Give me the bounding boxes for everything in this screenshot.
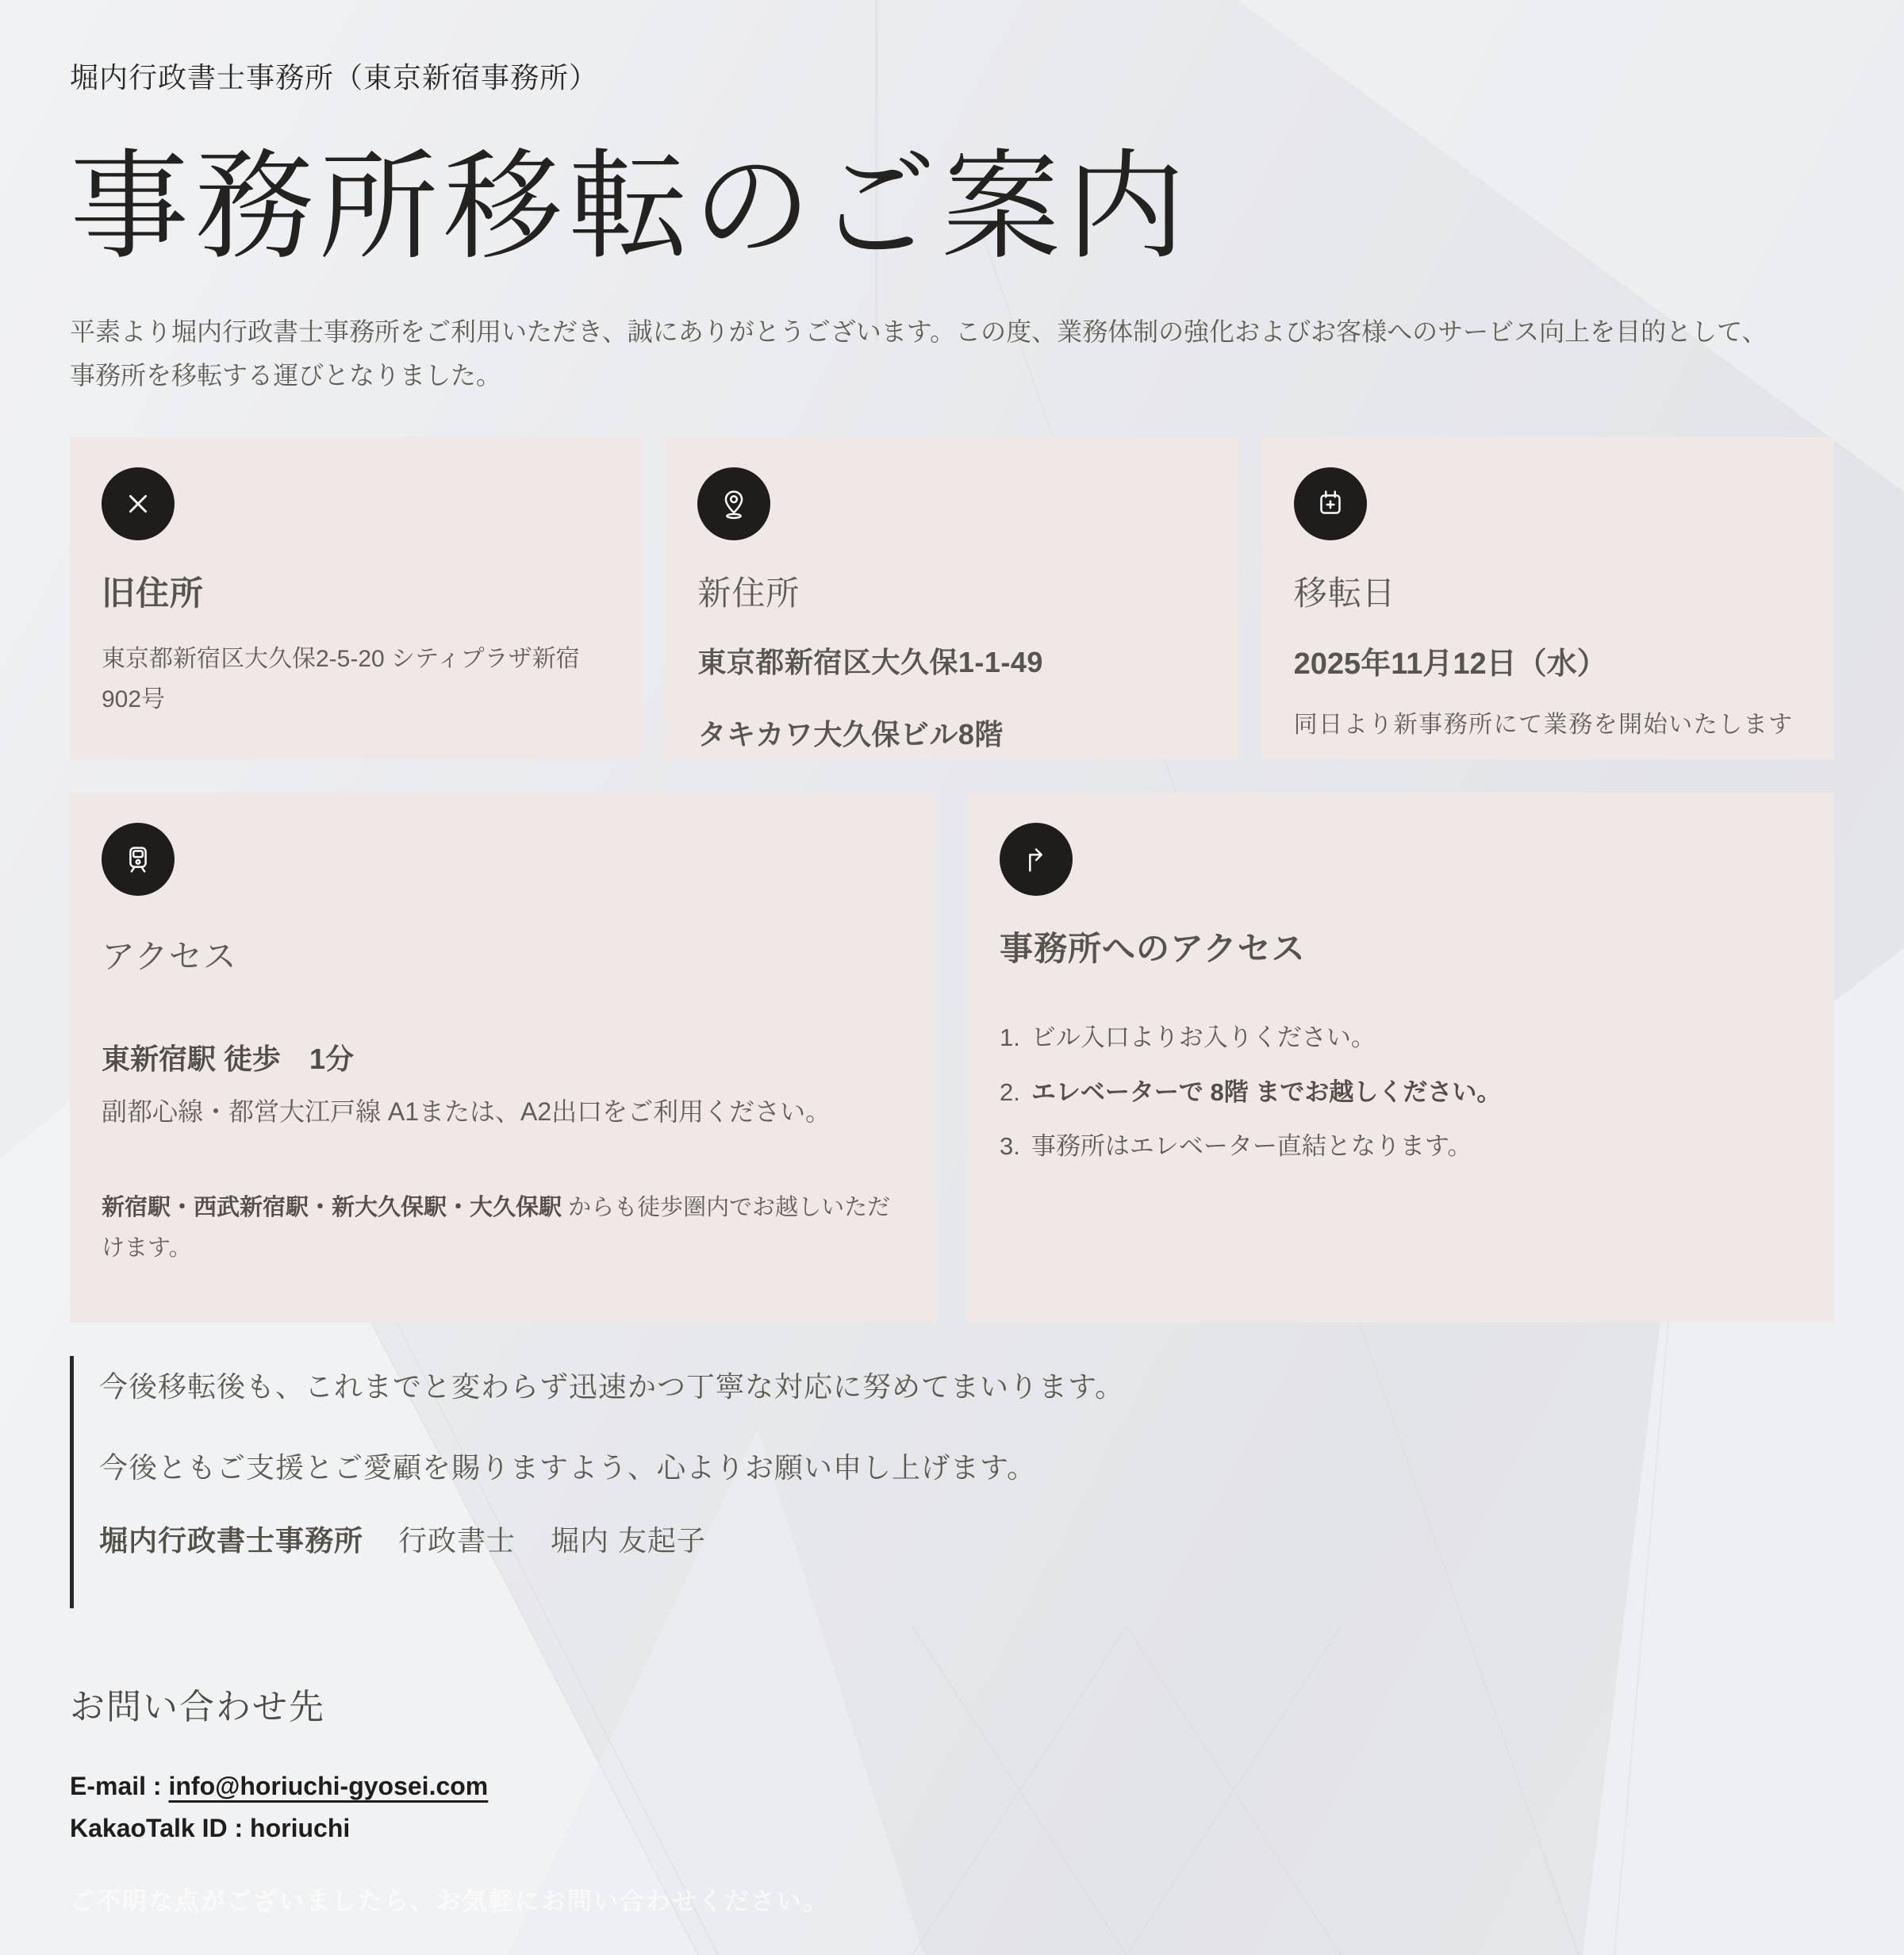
old-address-label: 旧住所 — [102, 567, 610, 615]
moving-date-label: 移転日 — [1294, 567, 1802, 615]
moving-date-value: 2025年11月12日（水） — [1294, 639, 1802, 682]
office-name-header: 堀内行政書士事務所（東京新宿事務所） — [70, 56, 1834, 96]
email-link[interactable]: info@horiuchi-gyosei.com — [168, 1772, 488, 1800]
step-3: 3.事務所はエレベーター直結となります。 — [1000, 1128, 1802, 1166]
office-access-steps: 1.ビル入口よりお入りください。 2.エレベーターで 8階 までお越しください。… — [1000, 1020, 1802, 1166]
location-pin-icon — [697, 467, 770, 540]
new-address-line1: 東京都新宿区大久保1-1-49 — [697, 640, 1206, 681]
train-icon — [102, 823, 175, 896]
new-address-label: 新住所 — [697, 567, 1206, 615]
old-address-text: 東京都新宿区大久保2-5-20 シティプラザ新宿902号 — [102, 639, 610, 720]
x-icon — [102, 467, 175, 540]
moving-date-card: 移転日 2025年11月12日（水） 同日より新事務所にて業務を開始いたします — [1262, 437, 1834, 759]
step-2: 2.エレベーターで 8階 までお越しください。 — [1000, 1074, 1802, 1112]
old-address-card: 旧住所 東京都新宿区大久保2-5-20 シティプラザ新宿902号 — [70, 437, 642, 759]
access-card: アクセス 東新宿駅 徒歩 1分 副都心線・都営大江戸線 A1または、A2出口をご… — [70, 793, 936, 1323]
step-2-number: 2. — [1000, 1078, 1020, 1106]
other-stations-note: 新宿駅・西武新宿駅・新大久保駅・大久保駅 からも徒歩圏内でお越しいただけます。 — [102, 1188, 904, 1269]
office-access-card: 事務所へのアクセス 1.ビル入口よりお入りください。 2.エレベーターで 8階 … — [968, 793, 1834, 1323]
step-2-text: エレベーターで 8階 までお越しください。 — [1031, 1078, 1501, 1106]
access-cards-row: アクセス 東新宿駅 徒歩 1分 副都心線・都営大江戸線 A1または、A2出口をご… — [70, 793, 1834, 1323]
step-1: 1.ビル入口よりお入りください。 — [1000, 1020, 1802, 1057]
signature-line: 堀内行政書士事務所行政書士堀内 友起子 — [99, 1519, 1834, 1562]
email-label: E-mail : — [70, 1772, 168, 1800]
closing-line-2: 今後ともご支援とご愛顧を賜りますよう、心よりお願い申し上げます。 — [99, 1446, 1834, 1489]
closing-line-1: 今後移転後も、これまでと変わらず迅速かつ丁寧な対応に努めてまいります。 — [99, 1365, 1834, 1408]
address-cards-row: 旧住所 東京都新宿区大久保2-5-20 シティプラザ新宿902号 新住所 東京都… — [70, 437, 1834, 759]
contact-heading: お問い合わせ先 — [70, 1678, 1834, 1729]
relocation-notice-page: 堀内行政書士事務所（東京新宿事務所） 事務所移転のご案内 平素より堀内行政書士事… — [0, 0, 1904, 1955]
closing-message-block: 今後移転後も、これまでと変わらず迅速かつ丁寧な対応に努めてまいります。 今後とも… — [70, 1356, 1834, 1608]
new-address-line2: タキカワ大久保ビル8階 — [697, 712, 1206, 753]
email-line: E-mail : info@horiuchi-gyosei.com — [70, 1765, 1834, 1807]
arrow-turn-right-icon — [1000, 823, 1073, 896]
step-3-text: 事務所はエレベーター直結となります。 — [1031, 1132, 1472, 1160]
step-1-text: ビル入口よりお入りください。 — [1031, 1024, 1376, 1051]
signature-title: 行政書士 — [398, 1524, 516, 1557]
contact-details: E-mail : info@horiuchi-gyosei.com KakaoT… — [70, 1765, 1834, 1849]
page-title: 事務所移転のご案内 — [70, 137, 1834, 275]
access-label: アクセス — [102, 931, 904, 978]
office-access-label: 事務所へのアクセス — [1000, 923, 1802, 970]
main-station-line: 東新宿駅 徒歩 1分 — [102, 1037, 904, 1077]
faint-footnote: ご不明な点がございましたら、お気軽にお問い合わせください。 — [70, 1881, 1834, 1917]
step-3-number: 3. — [1000, 1132, 1020, 1160]
other-stations-names: 新宿駅・西武新宿駅・新大久保駅・大久保駅 — [102, 1195, 562, 1220]
new-address-card: 新住所 東京都新宿区大久保1-1-49 タキカワ大久保ビル8階 — [666, 437, 1238, 759]
signature-name: 堀内 友起子 — [551, 1524, 706, 1557]
subway-lines-note: 副都心線・都営大江戸線 A1または、A2出口をご利用ください。 — [102, 1089, 904, 1135]
step-1-number: 1. — [1000, 1024, 1020, 1051]
signature-office: 堀内行政書士事務所 — [99, 1524, 363, 1557]
intro-paragraph: 平素より堀内行政書士事務所をご利用いただき、誠にありがとうございます。この度、業… — [70, 310, 1768, 398]
calendar-plus-icon — [1294, 467, 1367, 540]
kakao-line: KakaoTalk ID : horiuchi — [70, 1807, 1834, 1849]
moving-date-note: 同日より新事務所にて業務を開始いたします — [1294, 705, 1802, 739]
